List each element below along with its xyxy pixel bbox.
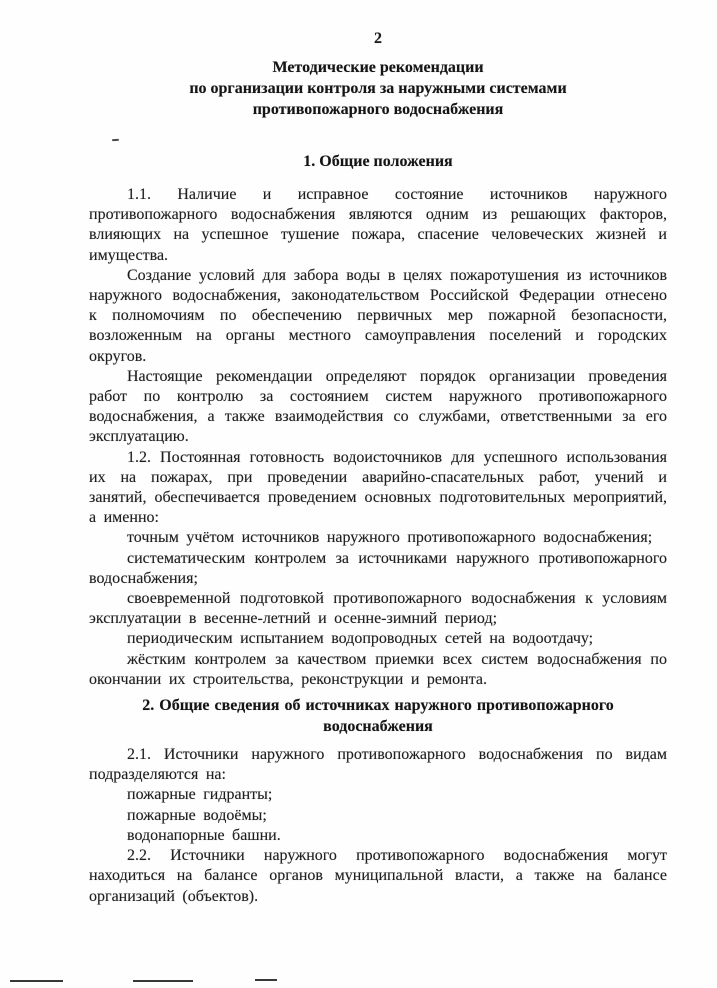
- list-item-reservoirs: пожарные водоёмы;: [89, 806, 667, 826]
- page-number: 2: [89, 30, 667, 48]
- section-2-heading-line: водоснабжения: [89, 716, 667, 737]
- section-2-heading-line: 2. Общие сведения об источниках наружног…: [89, 695, 667, 716]
- paragraph-1-2: 1.2. Постоянная готовность водоисточнико…: [89, 448, 667, 529]
- document-body: 1.1. Наличие и исправное состояние источ…: [89, 185, 667, 907]
- title-line: по организации контроля за наружными сис…: [60, 78, 696, 99]
- scan-artifact-line: [10, 980, 63, 982]
- list-item-strict-control: жёстким контролем за качеством приемки в…: [89, 650, 667, 690]
- list-item-systematic-control: систематическим контролем за источниками…: [89, 549, 667, 589]
- scan-artifact-line: [133, 980, 193, 982]
- paragraph-1-1: 1.1. Наличие и исправное состояние источ…: [89, 185, 667, 266]
- list-item-periodic-testing: периодическим испытанием водопроводных с…: [89, 629, 667, 649]
- title-line: Методические рекомендации: [60, 57, 696, 78]
- scan-artifact-line: [255, 979, 277, 981]
- paragraph-2-2: 2.2. Источники наружного противопожарног…: [89, 846, 667, 907]
- document-title: Методические рекомендации по организации…: [60, 57, 696, 120]
- document-page: 2 Методические рекомендации по организац…: [0, 0, 717, 988]
- paragraph-2-1: 2.1. Источники наружного противопожарног…: [89, 745, 667, 785]
- section-2-body: 2.1. Источники наружного противопожарног…: [89, 745, 667, 907]
- list-item-seasonal-preparation: своевременной подготовкой противопожарно…: [89, 589, 667, 629]
- list-item-accounting: точным учётом источников наружного проти…: [89, 528, 667, 548]
- paragraph-recommendations-purpose: Настоящие рекомендации определяют порядо…: [89, 367, 667, 448]
- section-1-heading: 1. Общие положения: [89, 153, 667, 171]
- paragraph-creation-conditions: Создание условий для забора воды в целях…: [89, 266, 667, 367]
- list-item-hydrants: пожарные гидранты;: [89, 785, 667, 805]
- scan-artifact-dash: [112, 139, 119, 141]
- list-item-water-towers: водонапорные башни.: [89, 826, 667, 846]
- title-line: противопожарного водоснабжения: [60, 99, 696, 120]
- section-2-heading: 2. Общие сведения об источниках наружног…: [89, 695, 667, 737]
